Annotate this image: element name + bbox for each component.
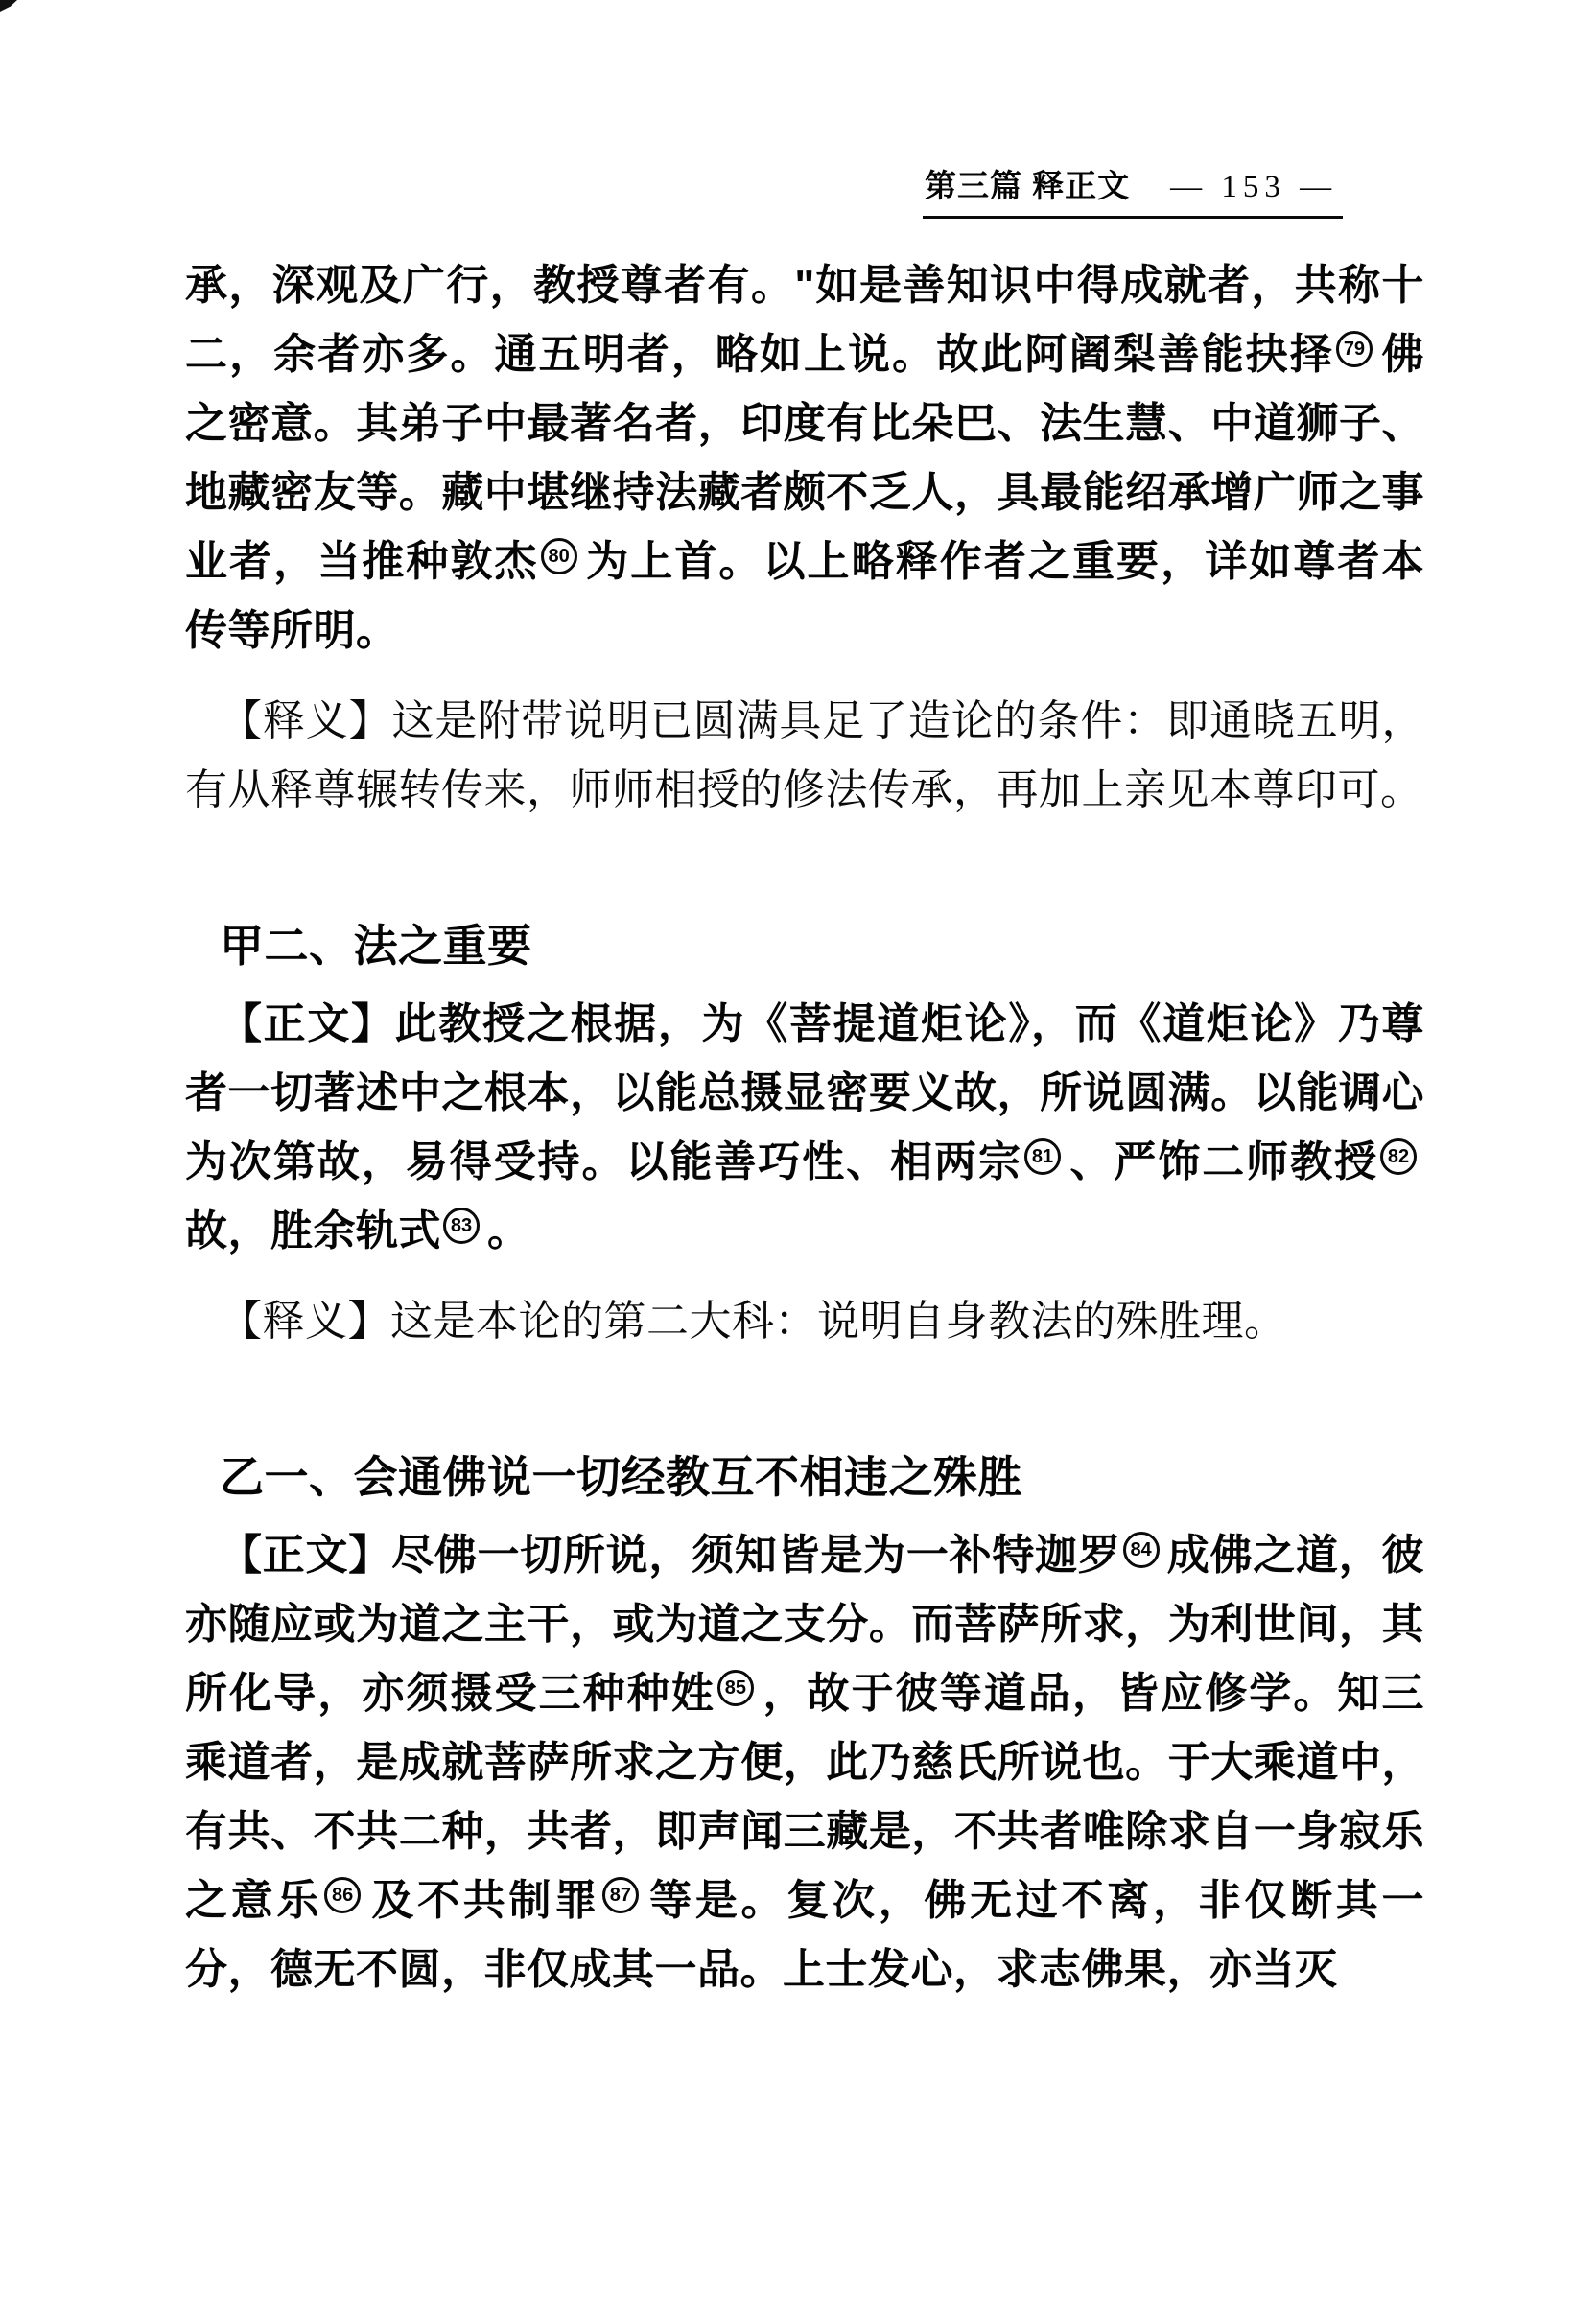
footnote-marker-icon: 87 xyxy=(602,1877,639,1913)
scan-corner-artifact xyxy=(0,0,17,12)
footnote-marker-icon: 80 xyxy=(541,538,577,574)
paragraph-zhengwen: 【正文】此教授之根据，为《菩提道炬论》，而《道炬论》乃尊者一切著述中之根本，以能… xyxy=(185,990,1424,1266)
page-number: — 153 — xyxy=(1170,170,1337,204)
footnote-marker-icon: 82 xyxy=(1380,1138,1417,1175)
footnote-marker-icon: 86 xyxy=(324,1877,361,1913)
footnote-marker-icon: 83 xyxy=(443,1208,480,1244)
running-header: 第三篇 释正文— 153 — xyxy=(923,161,1343,219)
footnote-marker-icon: 85 xyxy=(717,1670,754,1706)
chapter-title: 第三篇 释正文 xyxy=(925,168,1130,203)
paragraph-shiyi: 【释义】这是本论的第二大科：说明自身教法的殊胜理。 xyxy=(185,1287,1424,1356)
footnote-marker-icon: 84 xyxy=(1123,1532,1160,1568)
scanned-book-page: 第三篇 释正文— 153 — 承，深观及广行，教授尊者有。"如是善知识中得成就者… xyxy=(0,0,1596,2298)
paragraph-zhengwen: 【正文】尽佛一切所说，须知皆是为一补特迦罗84成佛之道，彼亦随应或为道之主干，或… xyxy=(185,1521,1424,2005)
section-heading: 甲二、法之重要 xyxy=(185,911,1424,980)
section-heading: 乙一、会通佛说一切经教互不相违之殊胜 xyxy=(185,1442,1424,1512)
footnote-marker-icon: 79 xyxy=(1336,331,1373,367)
footnote-marker-icon: 81 xyxy=(1024,1138,1061,1175)
paragraph-shiyi: 【释义】这是附带说明已圆满具足了造论的条件：即通晓五明，有从释尊辗转传来，师师相… xyxy=(185,687,1424,825)
page-content: 承，深观及广行，教授尊者有。"如是善知识中得成就者，共称十二，余者亦多。通五明者… xyxy=(185,251,1424,2005)
paragraph-zhengwen-continuation: 承，深观及广行，教授尊者有。"如是善知识中得成就者，共称十二，余者亦多。通五明者… xyxy=(185,251,1424,666)
